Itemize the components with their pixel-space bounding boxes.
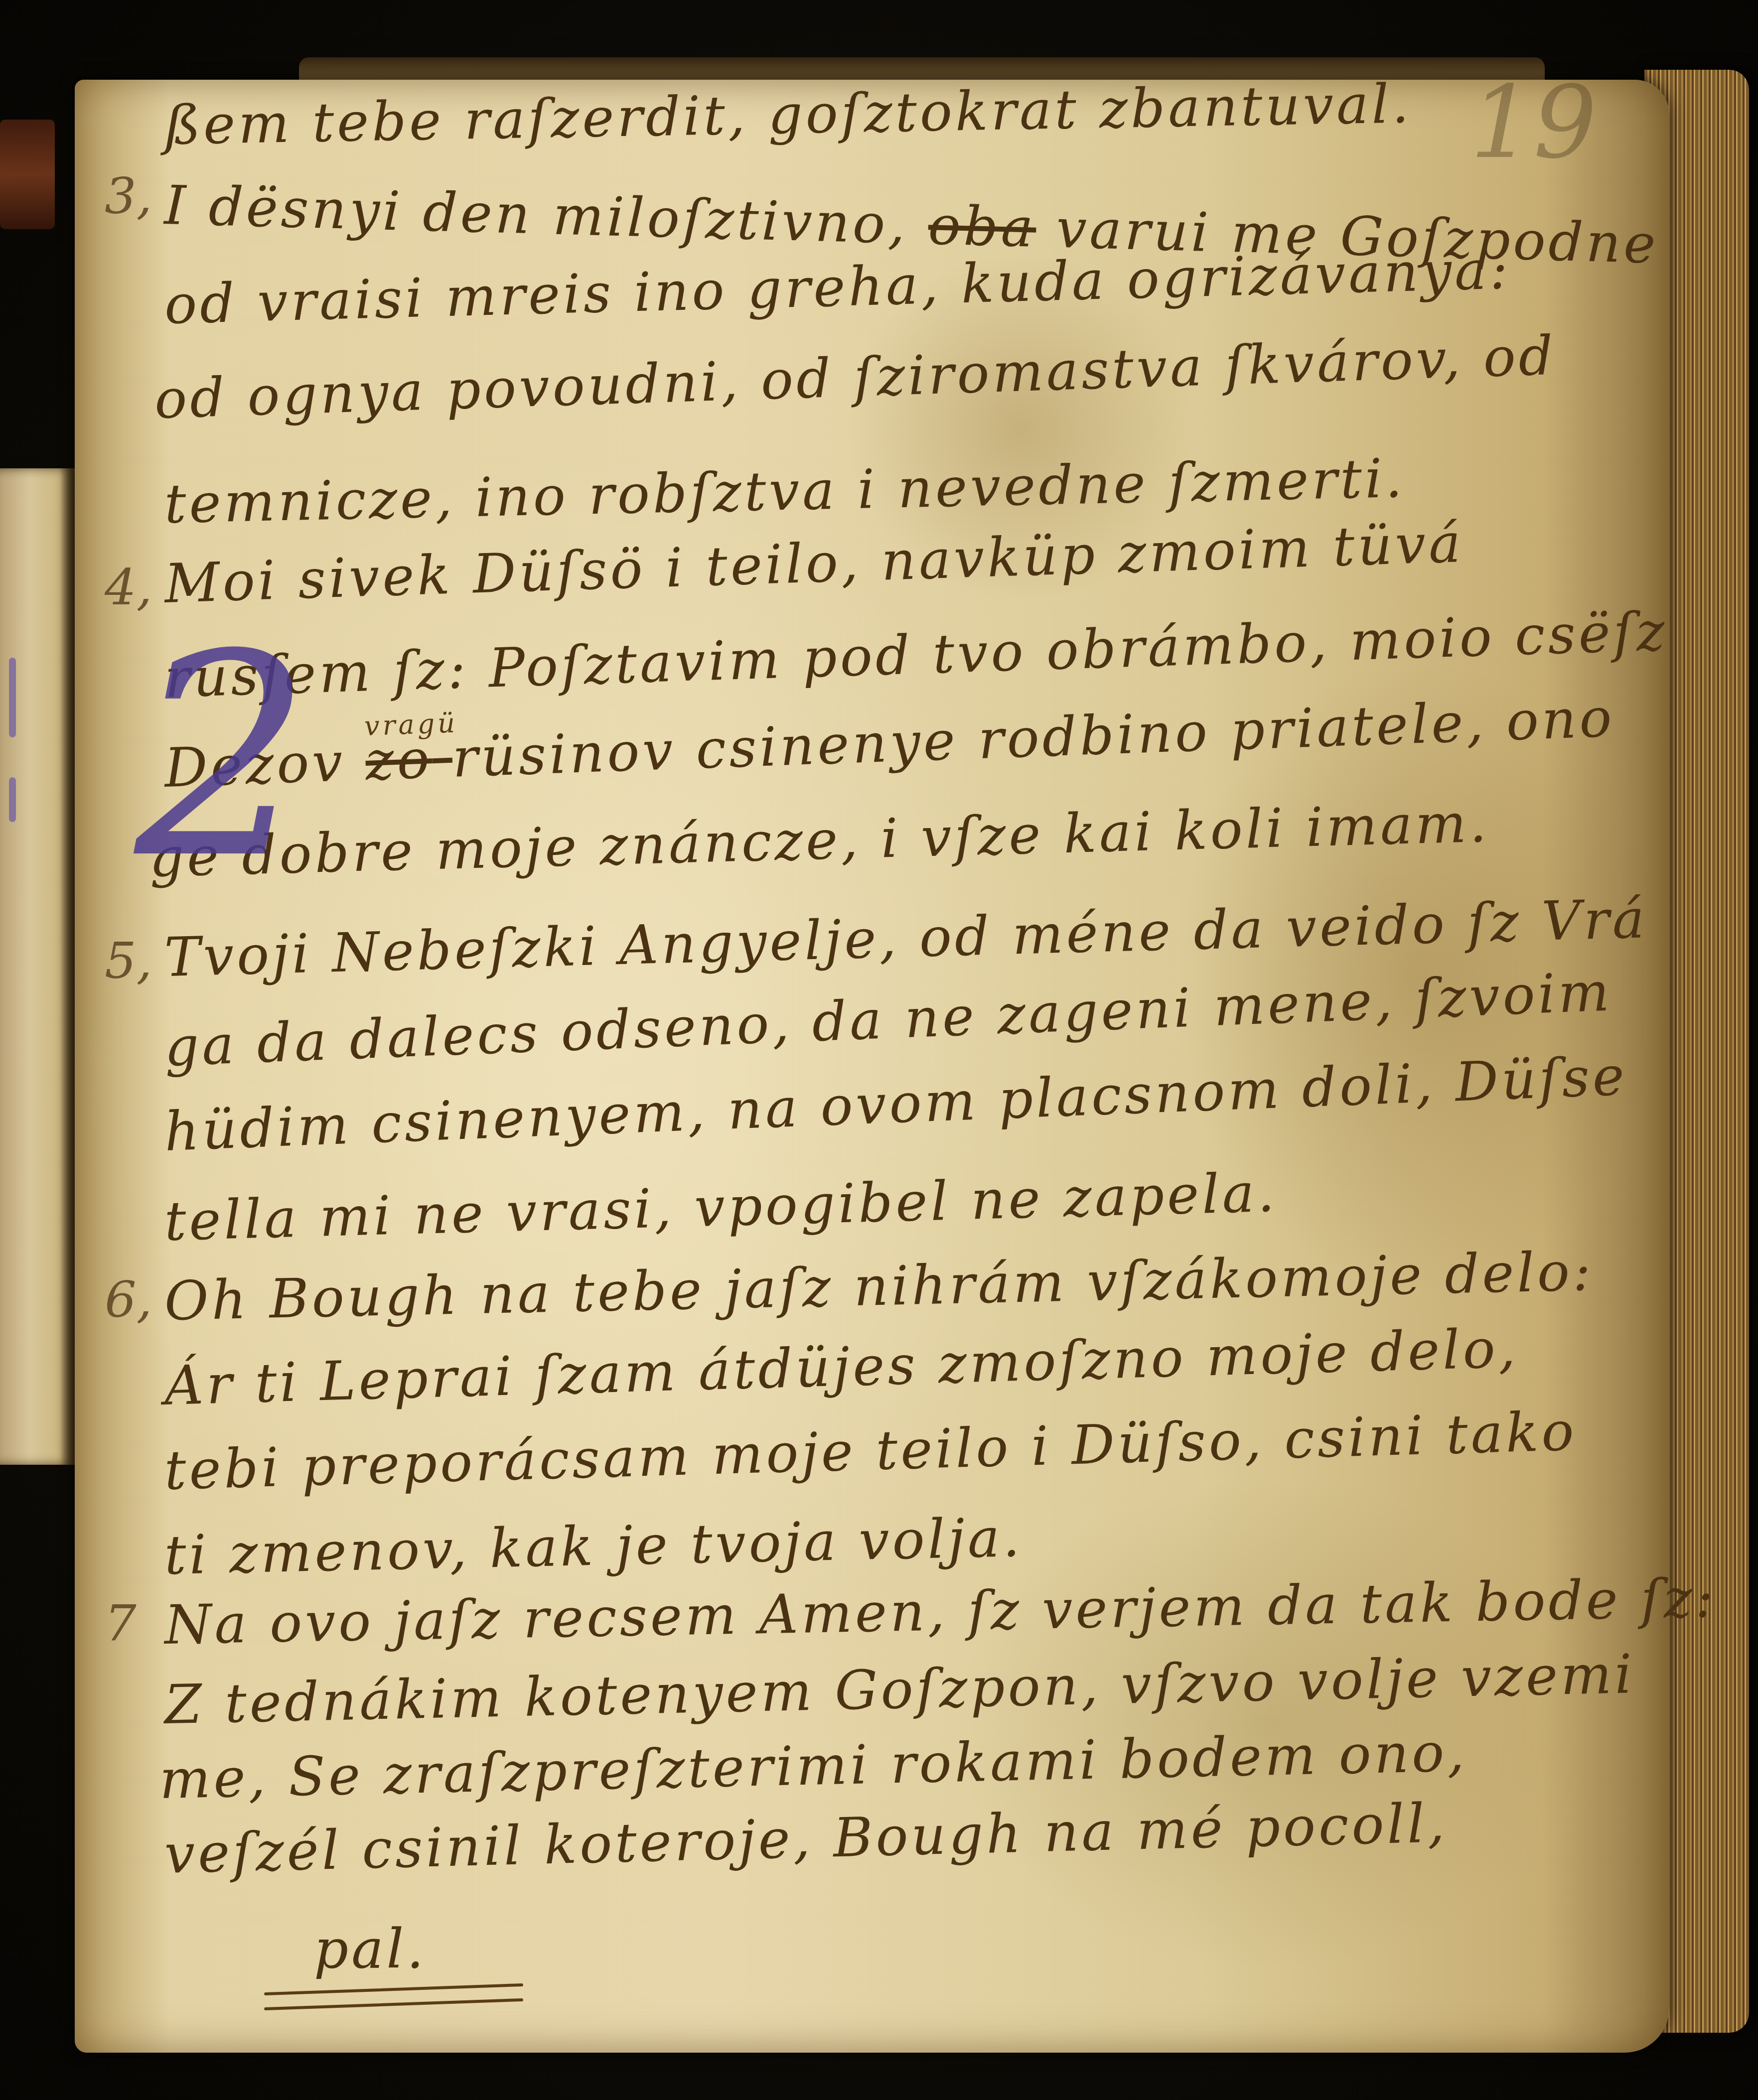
previous-leaf-fragment xyxy=(0,468,75,1465)
line-text: I dësnyi den miloſztivno, xyxy=(163,174,909,256)
line-text: ge dobre moje znáncze, i vſze kai koli i… xyxy=(148,792,1490,889)
line-text: od ognya povoudni, od ſziromastva ſkváro… xyxy=(153,325,1557,431)
manuscript-page: 19 ßem tebe raſzerdit, goſztokrat zbantu… xyxy=(75,80,1669,2053)
verse-number: 5, xyxy=(105,932,152,990)
manuscript-line: pal. xyxy=(314,1918,427,1980)
line-text: Ár ti Leprai ſzam átdüjes zmoſzno moje d… xyxy=(163,1317,1519,1417)
verse-number: 6, xyxy=(105,1270,152,1329)
purple-mark-fragment xyxy=(9,777,16,822)
inserted-word: vragü xyxy=(364,707,458,742)
line-text: tella mi ne vrasi, vpogibel ne zapela. xyxy=(163,1162,1278,1253)
struck-word: vragü zo xyxy=(364,727,453,793)
struck-word: oba xyxy=(927,194,1037,260)
manuscript-line: tebi preporácsam moje teilo i Düſso, csi… xyxy=(163,1400,1578,1502)
corner-page-number: 19 xyxy=(1470,65,1597,181)
closing-flourish xyxy=(264,1983,523,1995)
manuscript-line: ge dobre moje znáncze, i vſze kai koli i… xyxy=(148,792,1490,889)
verse-number: 7 xyxy=(105,1594,137,1653)
manuscript-line: ßem tebe raſzerdit, goſztokrat zbantuval… xyxy=(164,73,1412,157)
line-text: Oh Bough na tebe jaſz nihrám vſzákomoje … xyxy=(164,1241,1595,1333)
manuscript-line: Oh Bough na tebe jaſz nihrám vſzákomoje … xyxy=(164,1241,1595,1333)
closing-flourish xyxy=(264,1998,523,2010)
manuscript-line: ti zmenov, kak je tvoja volja. xyxy=(164,1507,1024,1587)
line-text: ti zmenov, kak je tvoja volja. xyxy=(164,1507,1024,1587)
line-text: rüsinov csinenye rodbino priatele, ono xyxy=(451,687,1616,789)
manuscript-line: Dezov vragü zo rüsinov csinenye rodbino … xyxy=(163,687,1616,800)
line-text: tebi preporácsam moje teilo i Düſso, csi… xyxy=(163,1400,1578,1502)
line-text: pal. xyxy=(314,1918,427,1980)
purple-mark-fragment xyxy=(9,658,16,737)
manuscript-line: tella mi ne vrasi, vpogibel ne zapela. xyxy=(163,1162,1278,1253)
line-text: ßem tebe raſzerdit, goſztokrat zbantuval… xyxy=(164,73,1412,157)
purple-page-number: 2 xyxy=(135,618,312,897)
manuscript-line: od ognya povoudni, od ſziromastva ſkváro… xyxy=(153,325,1557,431)
verse-number: 3, xyxy=(105,167,152,225)
manuscript-line: Ár ti Leprai ſzam átdüjes zmoſzno moje d… xyxy=(163,1317,1519,1417)
book-clasp xyxy=(0,120,55,229)
